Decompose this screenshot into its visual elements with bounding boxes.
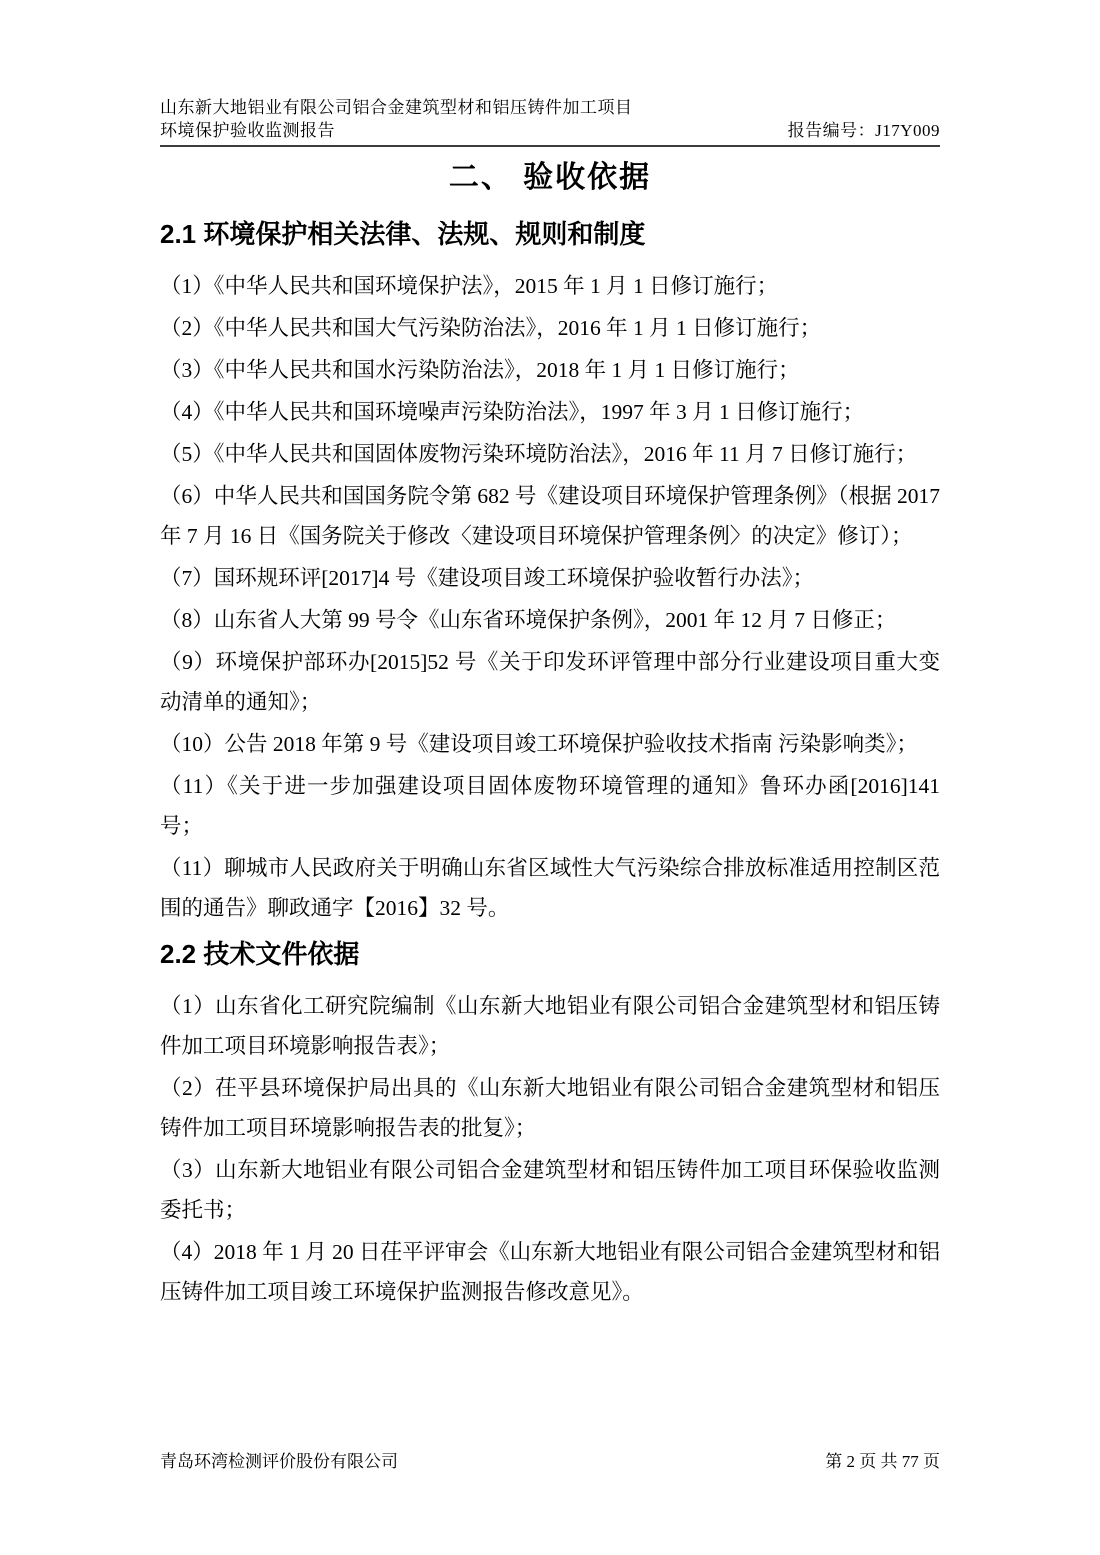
header-report-number: 报告编号：J17Y009 — [788, 119, 940, 142]
header-report-title: 环境保护验收监测报告 — [160, 119, 335, 142]
header-rule — [160, 145, 940, 147]
list-item: （11）聊城市人民政府关于明确山东省区域性大气污染综合排放标准适用控制区范围的通… — [160, 848, 940, 928]
list-item: （1）《中华人民共和国环境保护法》，2015 年 1 月 1 日修订施行； — [160, 266, 940, 306]
list-item: （7）国环规环评[2017]4 号《建设项目竣工环境保护验收暂行办法》； — [160, 558, 940, 598]
list-item: （3）山东新大地铝业有限公司铝合金建筑型材和铝压铸件加工项目环保验收监测委托书； — [160, 1150, 940, 1230]
list-item: （6）中华人民共和国国务院令第 682 号《建设项目环境保护管理条例》（根据 2… — [160, 476, 940, 556]
header-second-row: 环境保护验收监测报告 报告编号：J17Y009 — [160, 119, 940, 142]
chapter-title: 二、 验收依据 — [160, 160, 940, 196]
section-heading-2-1: 2.1 环境保护相关法律、法规、规则和制度 — [160, 218, 940, 250]
section-technical-documents: 2.2 技术文件依据 （1）山东省化工研究院编制《山东新大地铝业有限公司铝合金建… — [160, 938, 940, 1312]
list-item: （2）《中华人民共和国大气污染防治法》，2016 年 1 月 1 日修订施行； — [160, 308, 940, 348]
section-legal-basis: 2.1 环境保护相关法律、法规、规则和制度 （1）《中华人民共和国环境保护法》，… — [160, 218, 940, 928]
list-item: （4）《中华人民共和国环境噪声污染防治法》，1997 年 3 月 1 日修订施行… — [160, 392, 940, 432]
document-page: 山东新大地铝业有限公司铝合金建筑型材和铝压铸件加工项目 环境保护验收监测报告 报… — [0, 0, 1100, 1555]
footer-company: 青岛环湾检测评价股份有限公司 — [160, 1450, 398, 1473]
list-item: （11）《关于进一步加强建设项目固体废物环境管理的通知》鲁环办函[2016]14… — [160, 766, 940, 846]
list-item: （1）山东省化工研究院编制《山东新大地铝业有限公司铝合金建筑型材和铝压铸件加工项… — [160, 986, 940, 1066]
list-item: （3）《中华人民共和国水污染防治法》，2018 年 1 月 1 日修订施行； — [160, 350, 940, 390]
page-header: 山东新大地铝业有限公司铝合金建筑型材和铝压铸件加工项目 环境保护验收监测报告 报… — [160, 0, 940, 147]
list-item: （5）《中华人民共和国固体废物污染环境防治法》，2016 年 11 月 7 日修… — [160, 434, 940, 474]
header-project-title: 山东新大地铝业有限公司铝合金建筑型材和铝压铸件加工项目 — [160, 96, 940, 119]
footer-page-info: 第 2 页 共 77 页 — [825, 1450, 940, 1473]
list-item: （9）环境保护部环办[2015]52 号《关于印发环评管理中部分行业建设项目重大… — [160, 642, 940, 722]
section-heading-2-2: 2.2 技术文件依据 — [160, 938, 940, 970]
list-item: （4）2018 年 1 月 20 日茌平评审会《山东新大地铝业有限公司铝合金建筑… — [160, 1232, 940, 1312]
list-item: （8）山东省人大第 99 号令《山东省环境保护条例》，2001 年 12 月 7… — [160, 600, 940, 640]
list-item: （2）茌平县环境保护局出具的《山东新大地铝业有限公司铝合金建筑型材和铝压铸件加工… — [160, 1068, 940, 1148]
report-number-value: J17Y009 — [875, 121, 940, 140]
list-item: （10）公告 2018 年第 9 号《建设项目竣工环境保护验收技术指南 污染影响… — [160, 724, 940, 764]
page-footer: 青岛环湾检测评价股份有限公司 第 2 页 共 77 页 — [160, 1450, 940, 1473]
report-number-label: 报告编号： — [788, 121, 876, 140]
